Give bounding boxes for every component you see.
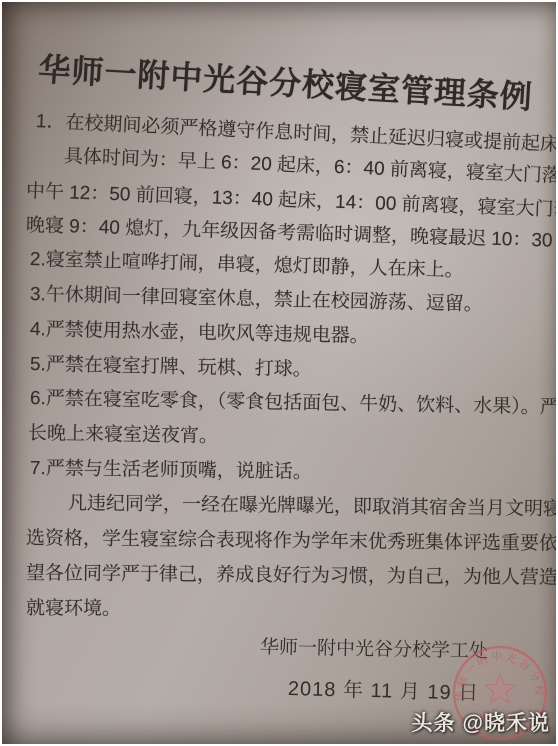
- watermark: 头条@晓禾说: [412, 707, 550, 737]
- rule-line: 6.严禁在寝室吃零食，（零食包括面包、牛奶、饮料、水果）。严禁家: [30, 383, 556, 420]
- rule-line: 4.严禁使用热水壶，电吹风等违规电器。: [30, 314, 369, 348]
- rule-line: 凡违纪同学，一经在曝光牌曝光，即取消其宿舍当月文明寝室评: [68, 488, 556, 521]
- rule-line: 望各位同学严于律己，养成良好行为习惯，为自己，为他人营造良好: [26, 558, 556, 590]
- rule-line: 长晚上来寝室送夜宵。: [28, 418, 218, 448]
- rule-line: 7.严禁与生活老师顶嘴，说脏话。: [30, 453, 312, 484]
- rule-line: 3.午休期间一律回寝室休息，禁止在校园游荡、逗留。: [30, 279, 483, 316]
- rule-line: 就寝环境。: [26, 593, 121, 621]
- rule-line: 2.寝室禁止喧哗打闹，串寝，熄灯即静，人在床上。: [30, 244, 464, 282]
- rule-line: 5.严禁在寝室打牌、玩棋、打球。: [30, 349, 312, 381]
- document-photo: 华师一附中光谷分校寝室管理条例 1．在校期间必须严格遵守作息时间，禁止延迟归寝或…: [2, 2, 556, 744]
- watermark-brand: 头条: [412, 712, 456, 735]
- document-title: 华师一附中光谷分校寝室管理条例: [37, 44, 534, 118]
- watermark-handle: @晓禾说: [463, 712, 550, 735]
- rule-line: 选资格，学生寝室综合表现将作为学年末优秀班集体评选重要依据。: [26, 523, 556, 556]
